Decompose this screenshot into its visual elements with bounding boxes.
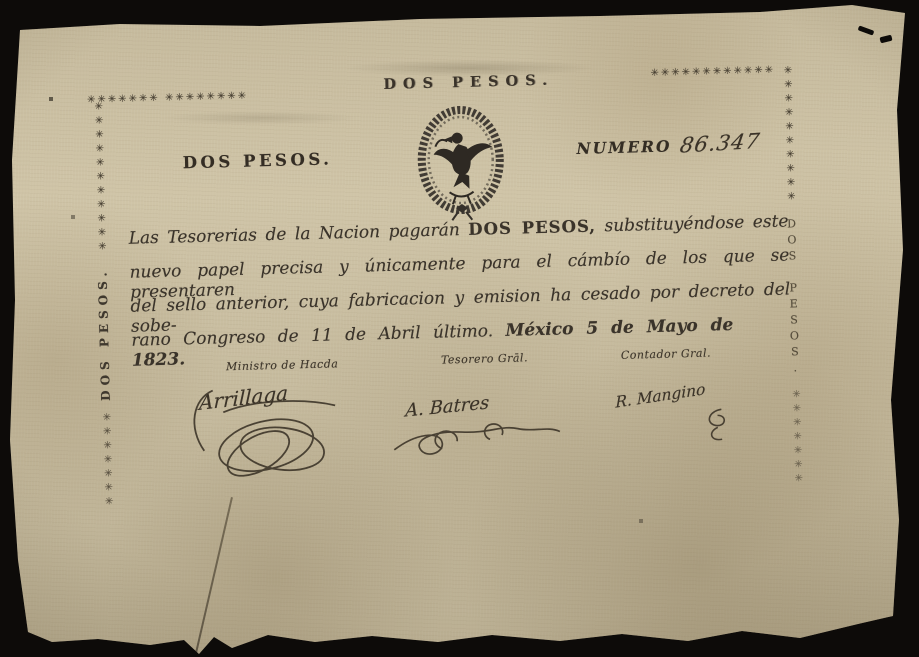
border-ornament-top-right: ✳✳✳✳✳✳✳✳✳✳✳✳: [650, 66, 775, 79]
body-text: Las Tesorerias de la Nacion pagarán DOS …: [128, 211, 791, 364]
body-line-1-post: substituyéndose este: [596, 211, 789, 236]
signature-mangino: R. Mangino: [615, 380, 705, 412]
paper-hole: [879, 35, 892, 44]
paper-hole: [858, 25, 875, 35]
ink-specks: [0, 0, 2, 2]
border-ornament-right-lower: ✳✳✳✳✳✳✳: [791, 389, 804, 487]
border-ornament-left-upper: ✳✳✳✳✳✳✳✳✳✳✳: [93, 101, 107, 255]
printed-design: DOS PESOS. ✳✳✳✳✳✳✳ ✳✳✳✳✳✳✳✳ ✳✳✳✳✳✳✳✳✳✳✳✳…: [78, 41, 832, 538]
signatory-title-contador: Contador Gral.: [621, 347, 711, 362]
border-column-left: ✳✳✳✳✳✳✳✳✳✳✳ DOS PESOS. ✳✳✳✳✳✳✳: [83, 101, 124, 511]
signature-flourish-tesorero: [385, 409, 577, 488]
denomination-label: DOS PESOS.: [182, 149, 332, 172]
photograph-background: DOS PESOS. ✳✳✳✳✳✳✳ ✳✳✳✳✳✳✳✳ ✳✳✳✳✳✳✳✳✳✳✳✳…: [0, 0, 919, 657]
border-ornament-left-lower: ✳✳✳✳✳✳✳: [101, 413, 114, 511]
banknote-paper: DOS PESOS. ✳✳✳✳✳✳✳ ✳✳✳✳✳✳✳✳ ✳✳✳✳✳✳✳✳✳✳✳✳…: [0, 0, 919, 657]
border-ornament-top-left-b: ✳✳✳✳✳✳✳✳: [165, 92, 248, 104]
serial-number-group: NUMERO 86.347: [576, 130, 760, 159]
signature-flourish-ministro: [183, 378, 376, 491]
side-denomination-left: DOS PESOS.: [95, 267, 112, 401]
body-line-1-pre: Las Tesorerias de la Nacion pagarán: [128, 220, 468, 249]
numero-value-handwritten: 86.347: [678, 129, 762, 158]
body-line-1-denomination: DOS PESOS,: [468, 217, 596, 239]
signature-rubric-contador: [699, 403, 740, 450]
signatory-title-ministro: Ministro de Hacda: [226, 357, 339, 373]
numero-label: NUMERO: [576, 136, 672, 157]
top-title: DOS PESOS.: [337, 70, 601, 94]
mexican-eagle-emblem-icon: [409, 103, 512, 228]
border-ornament-right-upper: ✳✳✳✳✳✳✳✳✳✳: [782, 65, 796, 205]
signatory-title-tesorero: Tesorero Grāl.: [441, 351, 528, 366]
